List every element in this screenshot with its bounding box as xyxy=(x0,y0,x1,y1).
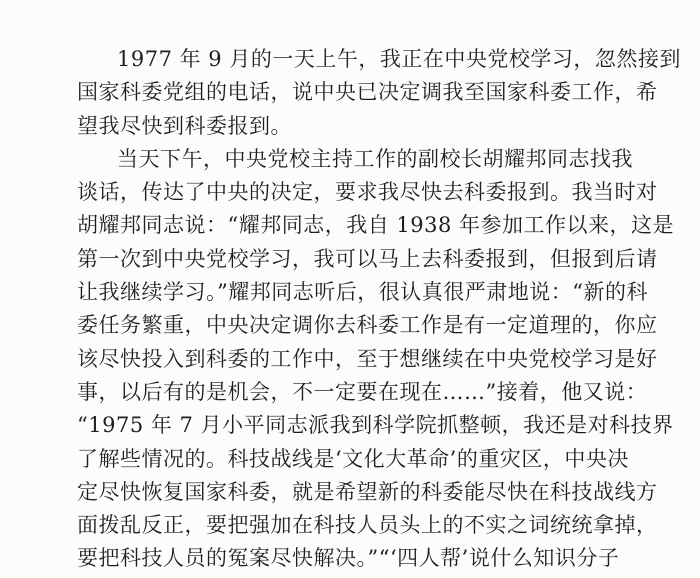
text-line: 当天下午，中央党校主持工作的副校长胡耀邦同志找我 xyxy=(77,143,613,176)
text-line: 让我继续学习。”耀邦同志听后，很认真很严肃地说：“新的科 xyxy=(77,276,613,309)
text-line: 国家科委党组的电话，说中央已决定调我至国家科委工作，希 xyxy=(77,76,613,109)
text-line: 了解些情况的。科技战线是‘文化大革命’的重灾区，中央决 xyxy=(77,443,613,476)
paragraph-2: 当天下午，中央党校主持工作的副校长胡耀邦同志找我 谈话，传达了中央的决定，要求我… xyxy=(77,143,613,576)
text-line: 胡耀邦同志说：“耀邦同志，我自 1938 年参加工作以来，这是 xyxy=(77,209,613,242)
scanned-page: 1977 年 9 月的一天上午，我正在中央党校学习，忽然接到 国家科委党组的电话… xyxy=(0,0,700,578)
text-line: 该尽快投入到科委的工作中，至于想继续在中央党校学习是好 xyxy=(77,343,613,376)
text-line: 定尽快恢复国家科委，就是希望新的科委能尽快在科技战线方 xyxy=(77,476,613,509)
text-line: 委任务繁重，中央决定调你去科委工作是有一定道理的，你应 xyxy=(77,309,613,342)
text-line: 谈话，传达了中央的决定，要求我尽快去科委报到。我当时对 xyxy=(77,176,613,209)
text-line: 第一次到中央党校学习，我可以马上去科委报到，但报到后请 xyxy=(77,243,613,276)
text-line: 要把科技人员的冤案尽快解决。”“‘四人帮’说什么知识分子 xyxy=(77,542,613,575)
text-line: 面拨乱反正，要把强加在科技人员头上的不实之词统统拿掉， xyxy=(77,509,613,542)
text-line: “1975 年 7 月小平同志派我到科学院抓整顿，我还是对科技界 xyxy=(77,409,613,442)
text-line: 事，以后有的是机会，不一定要在现在……”接着，他又说： xyxy=(77,376,613,409)
paragraph-1: 1977 年 9 月的一天上午，我正在中央党校学习，忽然接到 国家科委党组的电话… xyxy=(77,43,613,143)
body-text: 1977 年 9 月的一天上午，我正在中央党校学习，忽然接到 国家科委党组的电话… xyxy=(77,43,613,576)
text-line: 1977 年 9 月的一天上午，我正在中央党校学习，忽然接到 xyxy=(77,43,613,76)
text-line: 望我尽快到科委报到。 xyxy=(77,110,613,143)
